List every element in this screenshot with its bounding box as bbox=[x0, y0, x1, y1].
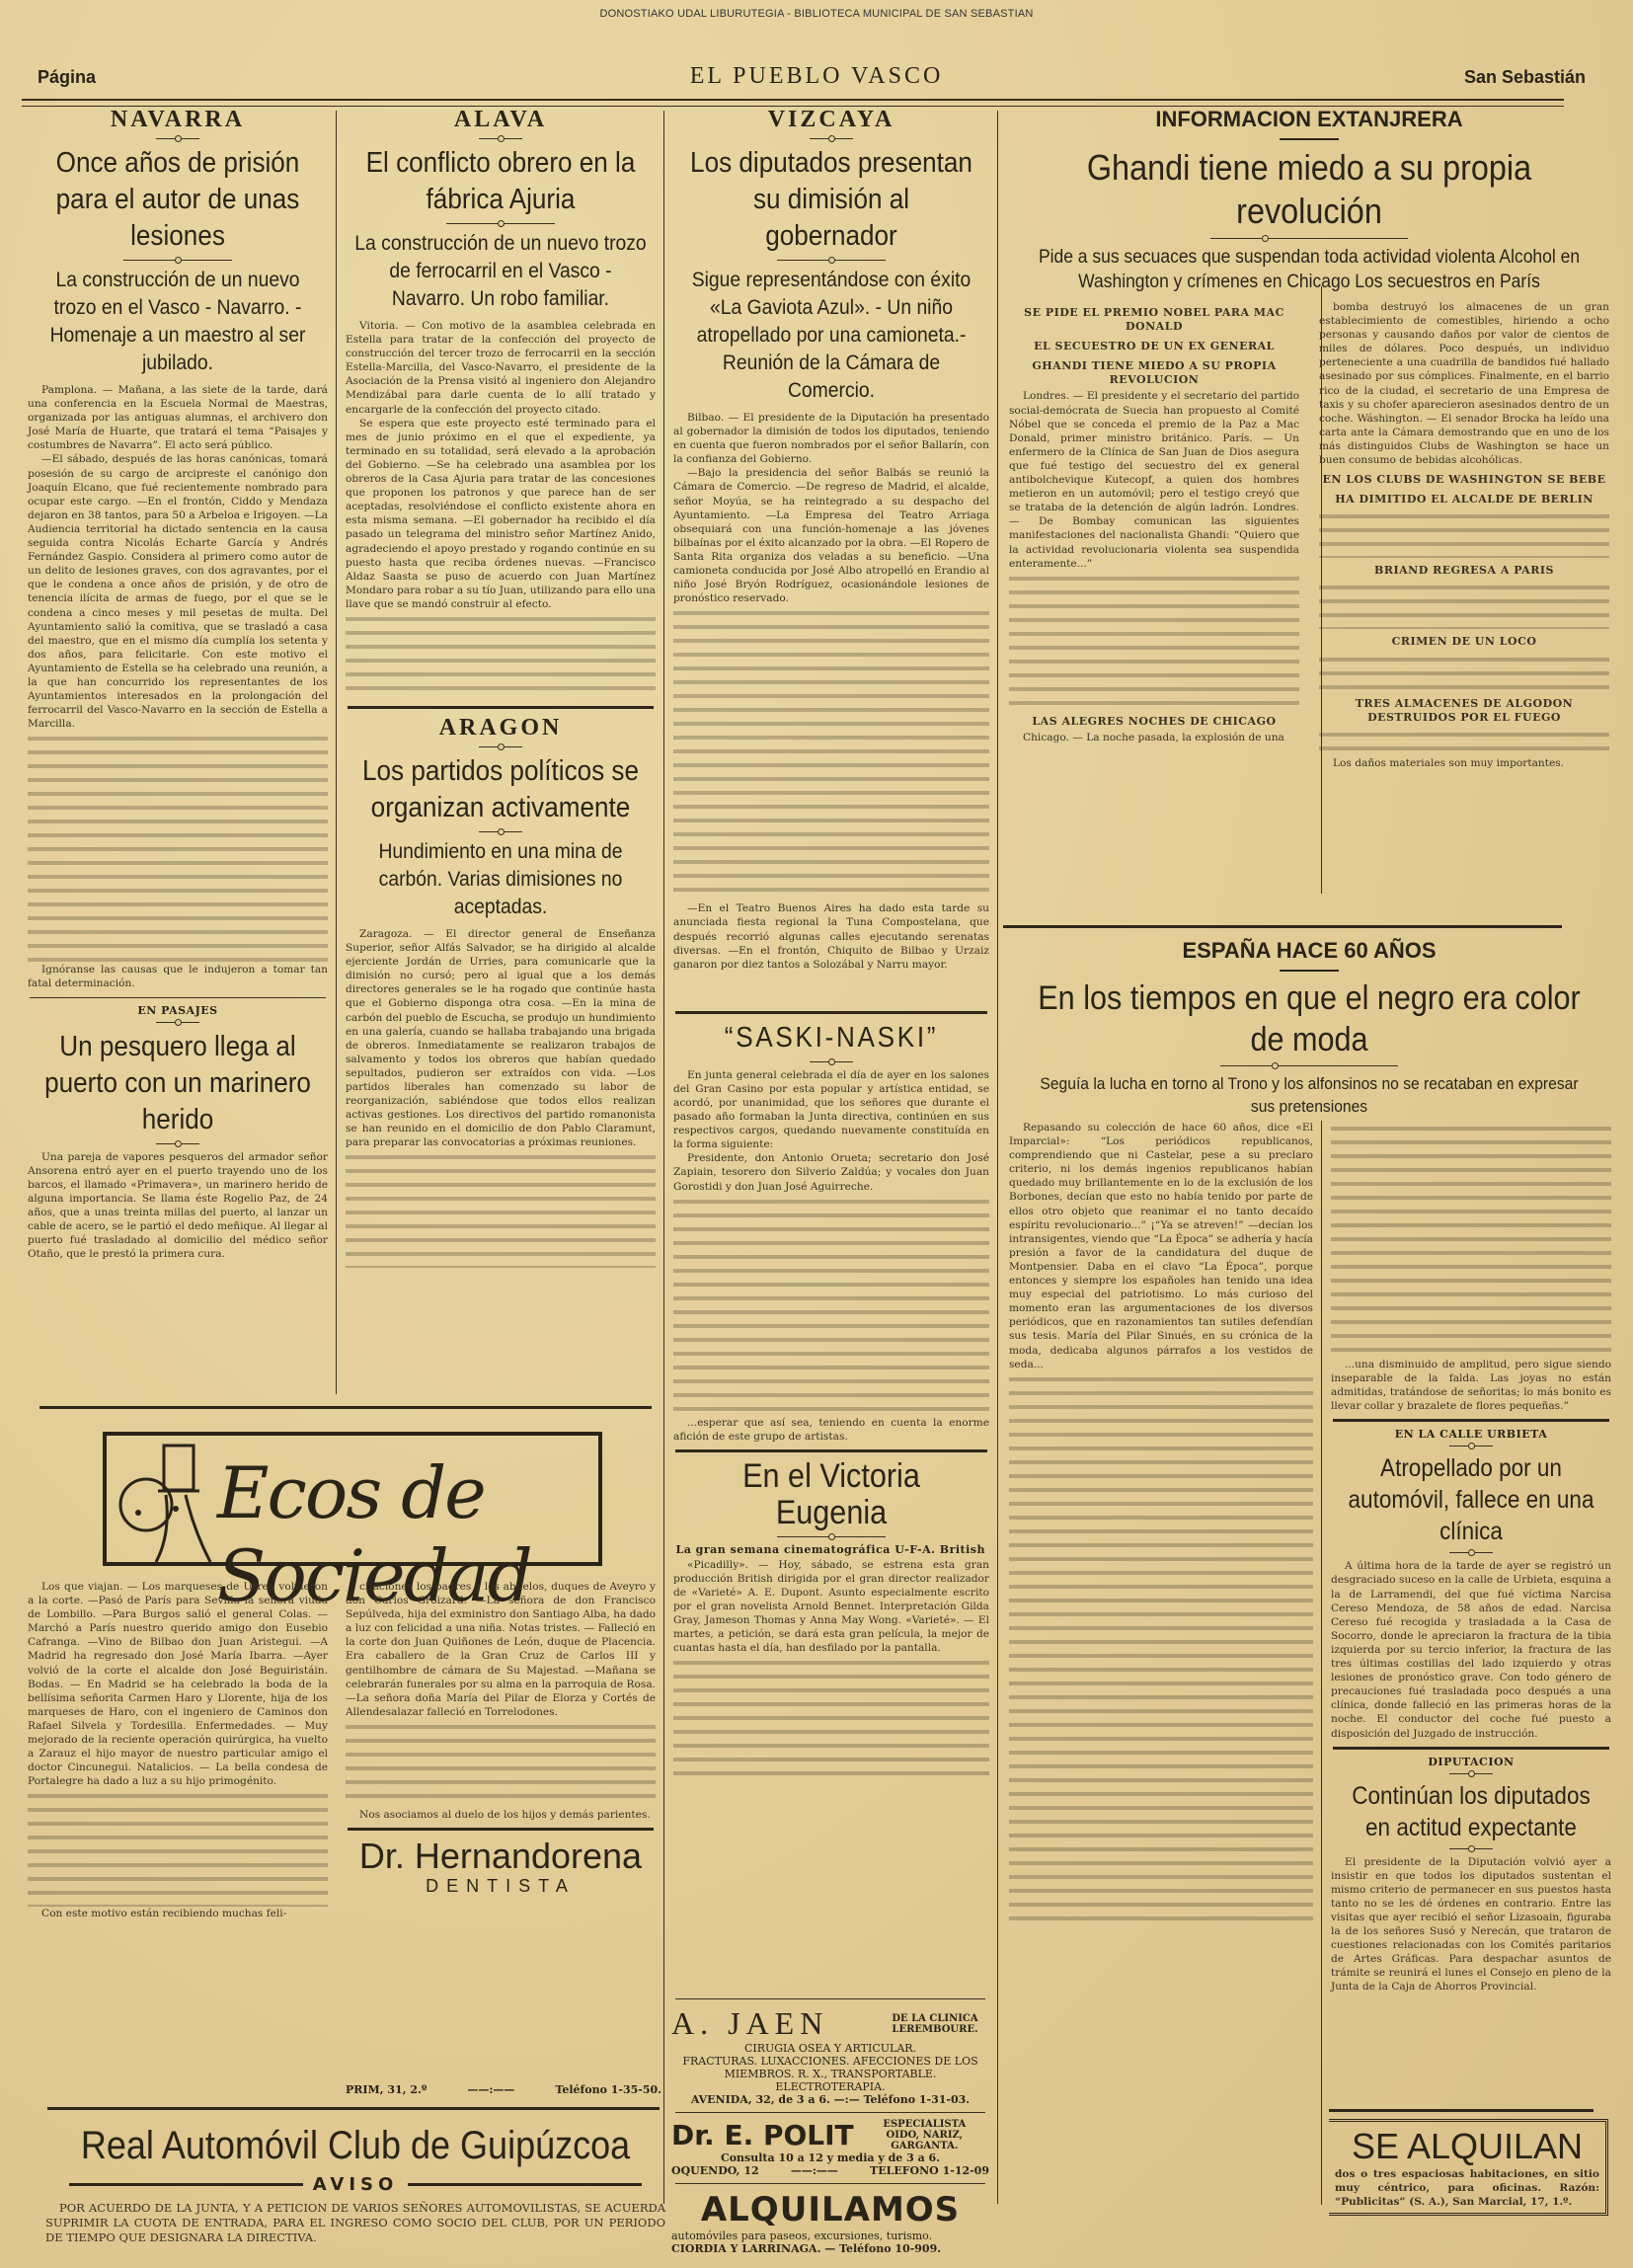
article-text: —Bajo la presidencia del señor Balbás se… bbox=[673, 466, 989, 605]
article-column: bomba destruyó los almacenes de un gran … bbox=[1319, 300, 1609, 770]
text-filler bbox=[673, 1655, 989, 1783]
masthead: Página EL PUEBLO VASCO San Sebastián bbox=[38, 61, 1595, 97]
divider bbox=[39, 1406, 652, 1409]
article-end: Nos asociamos al duelo de los hijos y de… bbox=[346, 1808, 656, 1822]
section-title: INFORMACION EXTANJRERA bbox=[1003, 107, 1615, 132]
ornament bbox=[777, 1536, 886, 1537]
ad-line: CIRUGIA OSEA Y ARTICULAR. bbox=[671, 2042, 989, 2055]
article-end: Los daños materiales son muy importantes… bbox=[1319, 756, 1609, 770]
right-column: ...una disminuido de amplitud, pero sigu… bbox=[1325, 1121, 1617, 1994]
headline: En los tiempos en que el negro era color… bbox=[1038, 978, 1582, 1060]
section-title: ESPAÑA HACE 60 AÑOS bbox=[1003, 938, 1615, 964]
article-text: Se espera que este proyecto esté termina… bbox=[346, 417, 656, 611]
ad-address: AVENIDA, 32, de 3 a 6. —:— Teléfono 1-31… bbox=[671, 2093, 989, 2106]
ad-real-automovil-club: Real Automóvil Club de Guipúzcoa AVISO P… bbox=[39, 2123, 671, 2245]
article-lead: Pamplona. — Mañana, a las siete de la ta… bbox=[28, 383, 328, 452]
deck: La construcción de un nuevo trozo en el … bbox=[36, 267, 319, 377]
ornament bbox=[123, 260, 232, 261]
top-hat-figures-icon bbox=[117, 1436, 225, 1562]
article-text: El presidente de la Diputación volvió ay… bbox=[1331, 1855, 1611, 1994]
article-espana-60: ESPAÑA HACE 60 AÑOS En los tiempos en qu… bbox=[1003, 938, 1615, 1124]
column-divider bbox=[663, 111, 664, 2204]
text-filler bbox=[28, 1788, 328, 1907]
article-text: Zaragoza. — El director general de Enseñ… bbox=[346, 927, 656, 1150]
ecos-de-sociedad-banner: Ecos de Sociedad bbox=[103, 1432, 602, 1566]
ad-line: FRACTURAS. LUXACCIONES. AFECCIONES DE LO… bbox=[671, 2055, 989, 2080]
ad-title: SE ALQUILAN bbox=[1335, 2126, 1599, 2167]
ad-title: Dr. E. POLIT bbox=[671, 2119, 854, 2151]
ad-clinic: DE LA CLINICA LEREMBOURE. bbox=[881, 2013, 989, 2035]
ad-line: automóviles para paseos, excursiones, tu… bbox=[671, 2229, 989, 2242]
section-title: VIZCAYA bbox=[667, 107, 995, 133]
article-text: —El sábado, después de las horas canónic… bbox=[28, 452, 328, 731]
ornament bbox=[1220, 1065, 1398, 1066]
article-end: Con este motivo están recibiendo muchas … bbox=[28, 1907, 328, 1920]
ad-kicker: AVISO bbox=[313, 2174, 399, 2195]
subhead: BRIAND REGRESA A PARIS bbox=[1319, 564, 1609, 578]
column-divider bbox=[997, 111, 998, 2204]
kicker: DIPUTACION bbox=[1325, 1756, 1617, 1768]
ecos-column-2: citaciones los padres y los abuelos, duq… bbox=[340, 1580, 661, 1897]
subhead: LAS ALEGRES NOCHES DE CHICAGO bbox=[1009, 715, 1299, 729]
divider bbox=[675, 1011, 987, 1014]
divider bbox=[348, 706, 654, 709]
masthead-rule bbox=[22, 99, 1564, 107]
article-text: bomba destruyó los almacenes de un gran … bbox=[1319, 300, 1609, 467]
text-filler bbox=[1319, 652, 1609, 691]
ad-hours: Consulta 10 a 12 y media y de 3 a 6. bbox=[671, 2151, 989, 2164]
ornament bbox=[479, 138, 522, 139]
article-text: Los que viajan. — Los marqueses de Urrea… bbox=[28, 1580, 328, 1788]
headline: El conflicto obrero en la fábrica Ajuria bbox=[359, 145, 642, 218]
espana-body: Repasando su colección de hace 60 años, … bbox=[1003, 1121, 1319, 1924]
ornament bbox=[156, 138, 199, 139]
subhead: TRES ALMACENES DE ALGODON DESTRUIDOS POR… bbox=[1319, 697, 1609, 725]
text-filler bbox=[1009, 1371, 1313, 1924]
ornament bbox=[479, 746, 522, 747]
ad-alquilamos: ALQUILAMOS automóviles para paseos, excu… bbox=[667, 2190, 993, 2255]
divider bbox=[1333, 1419, 1609, 1422]
ornament bbox=[1280, 970, 1339, 972]
headline: Los partidos políticos se organizan acti… bbox=[359, 753, 642, 826]
ad-title: Dr. Hernandorena bbox=[340, 1837, 661, 1876]
text-filler bbox=[346, 1719, 656, 1808]
ad-contact-line: PRIM, 31, 2.º ——:—— Teléfono 1-35-50. bbox=[346, 2083, 661, 2096]
deck: Hundimiento en una mina de carbón. Varia… bbox=[354, 838, 647, 921]
ornament bbox=[479, 831, 522, 832]
headline: Once años de prisión para el autor de un… bbox=[40, 145, 314, 255]
article-body: Una pareja de vapores pesqueros del arma… bbox=[28, 1150, 328, 1262]
headline: Atropellado por un automóvil, fallece en… bbox=[1343, 1452, 1598, 1547]
divider bbox=[1333, 1747, 1609, 1750]
deck: Sigue representándose con éxito «La Gavi… bbox=[682, 267, 980, 405]
ad-se-alquilan: SE ALQUILAN dos o tres espaciosas habita… bbox=[1329, 2119, 1608, 2216]
ornament bbox=[156, 1022, 199, 1023]
ornament bbox=[777, 260, 886, 261]
deck: Pide a sus secuaces que suspendan toda a… bbox=[1030, 245, 1590, 294]
section-title: ARAGON bbox=[340, 715, 661, 742]
text-filler bbox=[673, 605, 989, 901]
city-label: San Sebastián bbox=[1464, 67, 1586, 88]
article-lead: Bilbao. — El presidente de la Diputación… bbox=[673, 411, 989, 466]
text-filler bbox=[1319, 508, 1609, 558]
headline: Un pesquero llega al puerto con un marin… bbox=[40, 1029, 314, 1138]
article-text: En junta general celebrada el día de aye… bbox=[673, 1068, 989, 1152]
archive-credit: DONOSTIAKO UDAL LIBURUTEGIA - BIBLIOTECA… bbox=[0, 8, 1633, 20]
text-filler bbox=[346, 1149, 656, 1268]
ad-line: ELECTROTERAPIA. bbox=[671, 2080, 989, 2093]
article-text: «Picadilly». — Hoy, sábado, se estrena e… bbox=[673, 1558, 989, 1656]
subhead: CRIMEN DE UN LOCO bbox=[1319, 635, 1609, 649]
article-body: Los que viajan. — Los marqueses de Urrea… bbox=[28, 1580, 328, 1921]
separator: ——:—— bbox=[791, 2164, 838, 2177]
article-text: ...una disminuido de amplitud, pero sigu… bbox=[1331, 1358, 1611, 1413]
ad-spec: ESPECIALISTA bbox=[883, 2119, 966, 2130]
column-divider bbox=[336, 111, 337, 1394]
divider bbox=[47, 2107, 660, 2110]
article-officers: Presidente, don Antonio Orueta; secretar… bbox=[673, 1151, 989, 1193]
divider bbox=[30, 997, 326, 998]
headline: Continúan los diputados en actitud expec… bbox=[1343, 1780, 1598, 1843]
article-body: En junta general celebrada el día de aye… bbox=[673, 1068, 989, 1444]
ornament bbox=[1280, 138, 1339, 140]
kicker: EN PASAJES bbox=[22, 1004, 334, 1017]
deck: Seguía la lucha en torno al Trono y los … bbox=[1030, 1072, 1590, 1118]
article-text: —En el Teatro Buenos Aires ha dado esta … bbox=[673, 901, 989, 971]
divider bbox=[1003, 925, 1562, 928]
subhead: GHANDI TIENE MIEDO A SU PROPIA REVOLUCIO… bbox=[1009, 359, 1299, 387]
text-filler bbox=[1319, 580, 1609, 629]
ad-subtitle: DENTISTA bbox=[340, 1876, 661, 1897]
text-filler bbox=[673, 1194, 989, 1416]
separator: ——:—— bbox=[467, 2083, 514, 2096]
ornament bbox=[446, 223, 555, 224]
ornament bbox=[810, 138, 853, 139]
ornament bbox=[156, 1143, 199, 1144]
article-body: Zaragoza. — El director general de Enseñ… bbox=[346, 927, 656, 1269]
deck: La construcción de un nuevo trozo de fer… bbox=[354, 230, 647, 313]
article-alava: ALAVA El conflicto obrero en la fábrica … bbox=[340, 107, 661, 1268]
divider bbox=[675, 1998, 985, 1999]
divider bbox=[675, 2112, 985, 2113]
article-end: ...esperar que así sea, teniendo en cuen… bbox=[673, 1416, 989, 1444]
subhead: SE PIDE EL PREMIO NOBEL PARA MAC DONALD bbox=[1009, 306, 1299, 334]
divider bbox=[675, 2183, 985, 2184]
ads-block: A. JAEN DE LA CLINICA LEREMBOURE. CIRUGI… bbox=[667, 1993, 993, 2255]
article-text: A última hora de la tarde de ayer se reg… bbox=[1331, 1559, 1611, 1740]
headline: En el Victoria Eugenia bbox=[687, 1458, 975, 1531]
ad-title: Real Automóvil Club de Guipúzcoa bbox=[71, 2123, 640, 2168]
text-filler bbox=[1319, 727, 1609, 756]
section-title: NAVARRA bbox=[22, 107, 334, 133]
ad-a-jaen: A. JAEN DE LA CLINICA LEREMBOURE. CIRUGI… bbox=[667, 2005, 993, 2106]
subhead: EL SECUESTRO DE UN EX GENERAL bbox=[1009, 340, 1299, 353]
headline: “SASKI-NASKI” bbox=[687, 1020, 975, 1056]
text-filler bbox=[1331, 1121, 1611, 1358]
extranjera-columns: SE PIDE EL PREMIO NOBEL PARA MAC DONALD … bbox=[1003, 300, 1615, 770]
subhead: La gran semana cinematográfica U-F-A. Br… bbox=[667, 1543, 985, 1556]
ornament bbox=[1210, 238, 1408, 239]
ornament bbox=[1449, 1446, 1493, 1447]
divider bbox=[675, 1449, 987, 1452]
article-text: Chicago. — La noche pasada, la explosión… bbox=[1009, 731, 1299, 744]
text-filler bbox=[346, 611, 656, 700]
article-body: A última hora de la tarde de ayer se reg… bbox=[1331, 1559, 1611, 1740]
ad-hernandorena: Dr. Hernandorena DENTISTA bbox=[340, 1837, 661, 1897]
subhead: EN LOS CLUBS DE WASHINGTON SE BEBE bbox=[1319, 473, 1609, 487]
article-body: Repasando su colección de hace 60 años, … bbox=[1009, 1121, 1313, 1924]
aviso-row: AVISO bbox=[69, 2174, 642, 2195]
article-extranjera: INFORMACION EXTANJRERA Ghandi tiene mied… bbox=[1003, 107, 1615, 770]
article-body: Pamplona. — Mañana, a las siete de la ta… bbox=[28, 383, 328, 991]
subhead: HA DIMITIDO EL ALCALDE DE BERLIN bbox=[1319, 493, 1609, 507]
section-title: ALAVA bbox=[340, 107, 661, 133]
divider bbox=[348, 1828, 654, 1831]
article-body: citaciones los padres y los abuelos, duq… bbox=[346, 1580, 656, 1822]
ad-title: ALQUILAMOS bbox=[671, 2190, 989, 2229]
article-text: Repasando su colección de hace 60 años, … bbox=[1009, 1121, 1313, 1371]
ad-body: dos o tres espaciosas habitaciones, en s… bbox=[1335, 2167, 1599, 2209]
ad-phone: Teléfono 1-35-50. bbox=[555, 2083, 661, 2096]
text-filler bbox=[28, 731, 328, 963]
ad-title: A. JAEN bbox=[671, 2005, 828, 2042]
ornament bbox=[810, 1061, 853, 1062]
article-navarra: NAVARRA Once años de prisión para el aut… bbox=[22, 107, 334, 1261]
text-filler bbox=[1009, 571, 1299, 709]
ornament bbox=[1449, 1848, 1493, 1849]
ornament bbox=[1449, 1773, 1493, 1774]
article-text: citaciones los padres y los abuelos, duq… bbox=[346, 1580, 656, 1719]
ecos-column-1: Los que viajan. — Los marqueses de Urrea… bbox=[22, 1580, 334, 1921]
article-body: El presidente de la Diputación volvió ay… bbox=[1331, 1855, 1611, 1994]
article-column: SE PIDE EL PREMIO NOBEL PARA MAC DONALD … bbox=[1009, 300, 1299, 770]
ad-address: PRIM, 31, 2.º bbox=[346, 2083, 427, 2096]
article-text: Una pareja de vapores pesqueros del arma… bbox=[28, 1150, 328, 1262]
ad-body: POR ACUERDO DE LA JUNTA, Y A PETICION DE… bbox=[45, 2201, 665, 2245]
article-body: Bilbao. — El presidente de la Diputación… bbox=[673, 411, 989, 972]
article-end: Ignóranse las causas que le indujeron a … bbox=[28, 963, 328, 990]
newspaper-title: EL PUEBLO VASCO bbox=[38, 63, 1595, 90]
article-text: Londres. — El presidente y el secretario… bbox=[1009, 389, 1299, 570]
ad-dr-polit: Dr. E. POLIT ESPECIALISTAOIDO, NARIZ, GA… bbox=[667, 2119, 993, 2177]
ad-address: OQUENDO, 12 bbox=[671, 2164, 759, 2177]
ornament bbox=[1449, 1552, 1493, 1553]
headline: Los diputados presentan su dimisión al g… bbox=[687, 145, 975, 255]
ad-line: CIORDIA Y LARRINAGA. — Teléfono 10-909. bbox=[671, 2242, 989, 2255]
headline: Ghandi tiene miedo a su propia revolució… bbox=[1038, 146, 1582, 233]
column-divider bbox=[1321, 1121, 1322, 2205]
kicker: EN LA CALLE URBIETA bbox=[1325, 1428, 1617, 1441]
divider bbox=[1329, 2109, 1594, 2112]
article-end: ...una disminuido de amplitud, pero sigu… bbox=[1331, 1358, 1611, 1413]
ad-phone: TELEFONO 1-12-09 bbox=[870, 2164, 989, 2177]
article-vizcaya: VIZCAYA Los diputados presentan su dimis… bbox=[667, 107, 995, 1783]
article-body: «Picadilly». — Hoy, sábado, se estrena e… bbox=[673, 1558, 989, 1784]
article-lead: Vitoria. — Con motivo de la asamblea cel… bbox=[346, 319, 656, 417]
ad-spec: OIDO, NARIZ, GARGANTA. bbox=[886, 2130, 963, 2151]
article-body: Vitoria. — Con motivo de la asamblea cel… bbox=[346, 319, 656, 700]
